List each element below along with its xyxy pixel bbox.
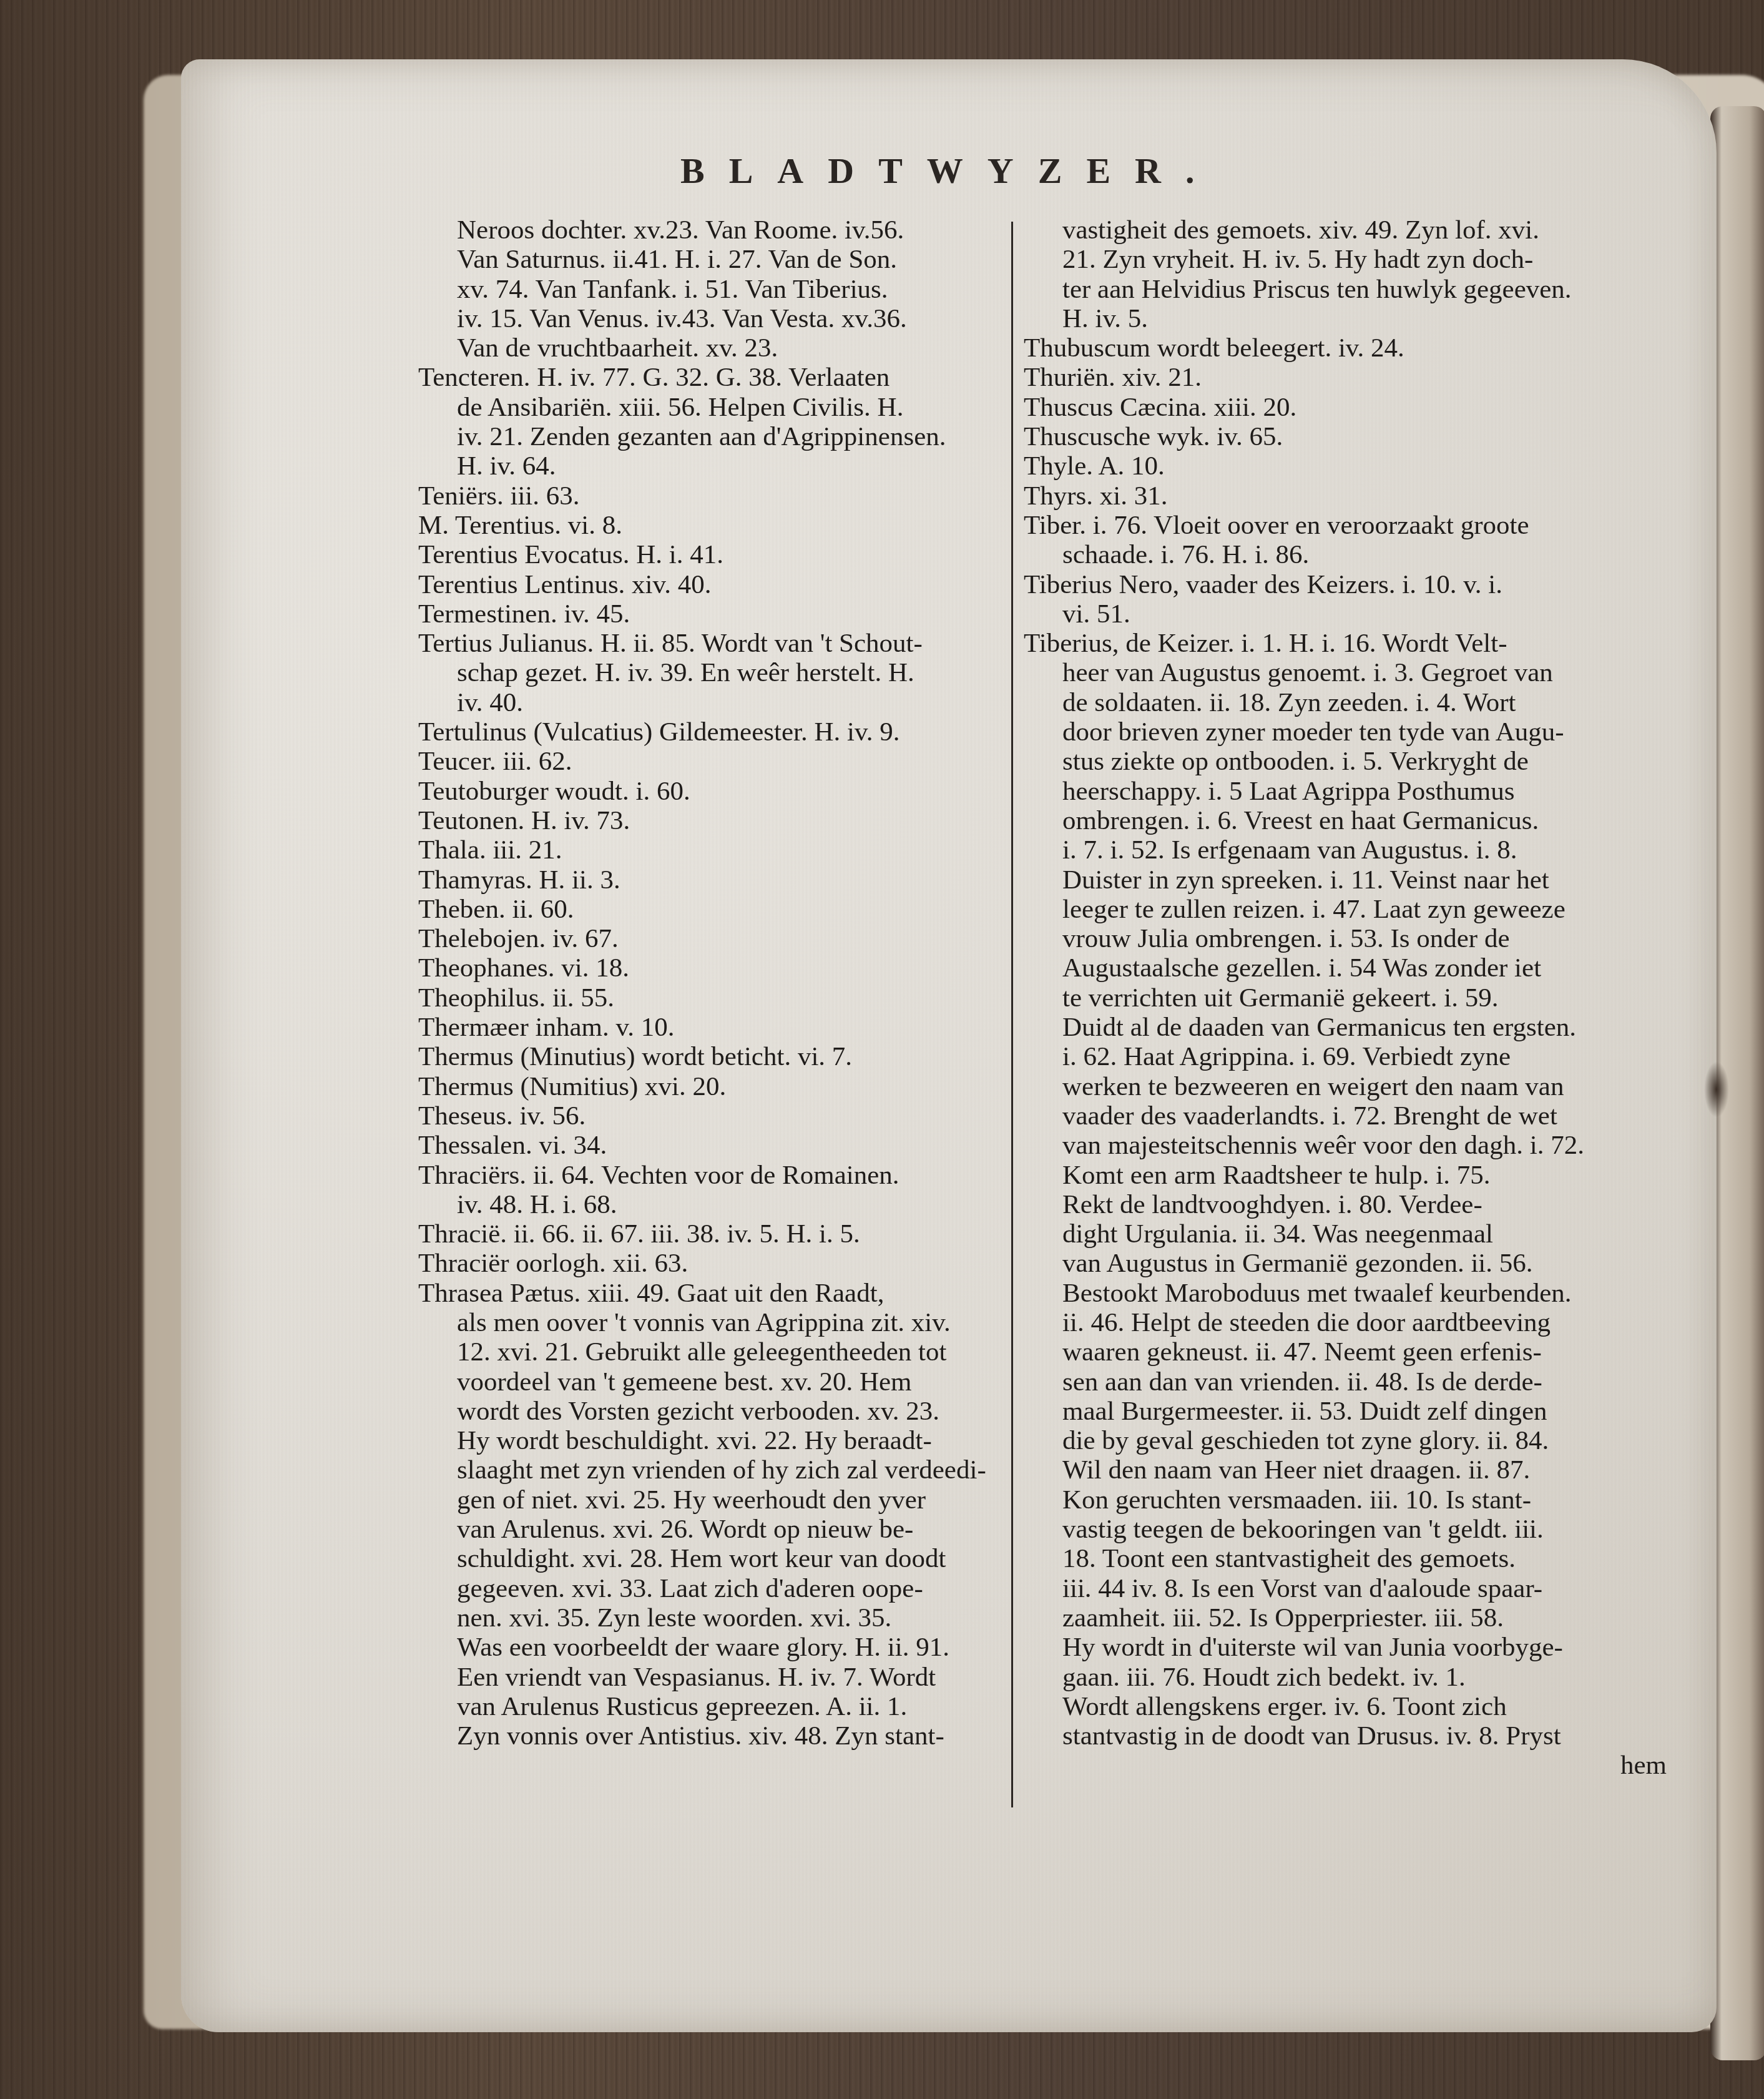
index-entry: Thyle. A. 10. xyxy=(1024,451,1667,481)
index-entry-continuation: Neroos dochter. xv.23. Van Roome. iv.56. xyxy=(418,215,1011,245)
index-entry-continuation: Van de vruchtbaarheit. xv. 23. xyxy=(418,333,1011,363)
index-entry-continuation: vrouw Julia ombrengen. i. 53. Is onder d… xyxy=(1024,924,1667,953)
index-entry-continuation: iv. 15. Van Venus. iv.43. Van Vesta. xv.… xyxy=(418,304,1011,333)
index-entry-continuation: die by geval geschieden tot zyne glory. … xyxy=(1024,1426,1667,1455)
index-entry: Theseus. iv. 56. xyxy=(418,1101,1011,1131)
index-entry-continuation: schaade. i. 76. H. i. 86. xyxy=(1024,540,1667,569)
index-entry-continuation: heer van Augustus genoemt. i. 3. Gegroet… xyxy=(1024,658,1667,687)
column-divider xyxy=(1011,222,1013,1807)
index-entry-continuation: Kon geruchten versmaaden. iii. 10. Is st… xyxy=(1024,1485,1667,1515)
index-entry-continuation: vastig teegen de bekooringen van 't geld… xyxy=(1024,1515,1667,1544)
index-entry: Tiber. i. 76. Vloeit oover en veroorzaak… xyxy=(1024,511,1667,540)
index-entry: Thelebojen. iv. 67. xyxy=(418,924,1011,953)
index-entry: Thermus (Numitius) xvi. 20. xyxy=(418,1072,1011,1101)
index-entry-continuation: H. iv. 64. xyxy=(418,451,1011,481)
index-column-left: Neroos dochter. xv.23. Van Roome. iv.56.… xyxy=(418,215,1011,1751)
index-entry: Thermus (Minutius) wordt beticht. vi. 7. xyxy=(418,1042,1011,1071)
index-entry-continuation: heerschappy. i. 5 Laat Agrippa Posthumus xyxy=(1024,777,1667,806)
index-entry: Thala. iii. 21. xyxy=(418,835,1011,865)
index-entry-continuation: de Ansibariën. xiii. 56. Helpen Civilis.… xyxy=(418,393,1011,422)
index-entry-continuation: vaader des vaaderlandts. i. 72. Brenght … xyxy=(1024,1101,1667,1131)
index-column-right: vastigheit des gemoets. xiv. 49. Zyn lof… xyxy=(1024,215,1667,1781)
index-entry-continuation: Zyn vonnis over Antistius. xiv. 48. Zyn … xyxy=(418,1721,1011,1751)
index-entry: Thuscusche wyk. iv. 65. xyxy=(1024,422,1667,451)
index-entry: Thermæer inham. v. 10. xyxy=(418,1013,1011,1042)
index-entry-continuation: Wil den naam van Heer niet draagen. ii. … xyxy=(1024,1455,1667,1485)
index-entry-continuation: iv. 48. H. i. 68. xyxy=(418,1190,1011,1219)
index-entry-continuation: door brieven zyner moeder ten tyde van A… xyxy=(1024,717,1667,747)
index-entry: Theophanes. vi. 18. xyxy=(418,953,1011,983)
index-entry-continuation: nen. xvi. 35. Zyn leste woorden. xvi. 35… xyxy=(418,1603,1011,1633)
index-entry-continuation: Wordt allengskens erger. iv. 6. Toont zi… xyxy=(1024,1692,1667,1721)
index-entry: Thraciërs. ii. 64. Vechten voor de Romai… xyxy=(418,1161,1011,1190)
index-entry-continuation: stantvastig in de doodt van Drusus. iv. … xyxy=(1024,1721,1667,1751)
index-entry-continuation: vastigheit des gemoets. xiv. 49. Zyn lof… xyxy=(1024,215,1667,245)
index-entry-continuation: de soldaaten. ii. 18. Zyn zeeden. i. 4. … xyxy=(1024,688,1667,717)
index-entry: Teutonen. H. iv. 73. xyxy=(418,806,1011,835)
index-entry-continuation: 18. Toont een stantvastigheit des gemoet… xyxy=(1024,1544,1667,1573)
catchword: hem xyxy=(1024,1751,1667,1780)
index-entry: Tencteren. H. iv. 77. G. 32. G. 38. Verl… xyxy=(418,363,1011,392)
index-entry: Teucer. iii. 62. xyxy=(418,747,1011,776)
index-entry-continuation: ii. 46. Helpt de steeden die door aardtb… xyxy=(1024,1308,1667,1337)
index-entry-continuation: sen aan dan van vrienden. ii. 48. Is de … xyxy=(1024,1367,1667,1397)
index-entry: Thraciër oorlogh. xii. 63. xyxy=(418,1249,1011,1278)
index-entry: Tiberius Nero, vaader des Keizers. i. 10… xyxy=(1024,570,1667,599)
index-entry-continuation: Van Saturnus. ii.41. H. i. 27. Van de So… xyxy=(418,245,1011,274)
index-entry: Theophilus. ii. 55. xyxy=(418,983,1011,1013)
index-entry: M. Terentius. vi. 8. xyxy=(418,511,1011,540)
index-entry: Tertulinus (Vulcatius) Gildemeester. H. … xyxy=(418,717,1011,747)
index-entry-continuation: te verrichten uit Germanië gekeert. i. 5… xyxy=(1024,983,1667,1013)
index-entry-continuation: 21. Zyn vryheit. H. iv. 5. Hy hadt zyn d… xyxy=(1024,245,1667,274)
index-entry: Thuscus Cæcina. xiii. 20. xyxy=(1024,393,1667,422)
index-entry-continuation: gaan. iii. 76. Houdt zich bedekt. iv. 1. xyxy=(1024,1663,1667,1692)
index-entry-continuation: werken te bezweeren en weigert den naam … xyxy=(1024,1072,1667,1101)
index-entry-continuation: zaamheit. iii. 52. Is Opperpriester. iii… xyxy=(1024,1603,1667,1633)
index-entry-continuation: als men oover 't vonnis van Agrippina zi… xyxy=(418,1308,1011,1337)
index-entry-continuation: Bestookt Maroboduus met twaalef keurbend… xyxy=(1024,1279,1667,1308)
index-entry: Teutoburger woudt. i. 60. xyxy=(418,777,1011,806)
index-entry-continuation: vi. 51. xyxy=(1024,599,1667,629)
index-entry-continuation: 12. xvi. 21. Gebruikt alle geleegentheed… xyxy=(418,1337,1011,1367)
index-entry-continuation: ter aan Helvidius Priscus ten huwlyk geg… xyxy=(1024,275,1667,304)
index-entry-continuation: iv. 40. xyxy=(418,688,1011,717)
index-entry-continuation: van Arulenus. xvi. 26. Wordt op nieuw be… xyxy=(418,1515,1011,1544)
index-entry-continuation: dight Urgulania. ii. 34. Was neegenmaal xyxy=(1024,1219,1667,1249)
index-entry-continuation: schuldight. xvi. 28. Hem wort keur van d… xyxy=(418,1544,1011,1573)
index-entry: Thessalen. vi. 34. xyxy=(418,1131,1011,1160)
index-entry-continuation: voordeel van 't gemeene best. xv. 20. He… xyxy=(418,1367,1011,1397)
index-entry: Thubuscum wordt beleegert. iv. 24. xyxy=(1024,333,1667,363)
index-entry-continuation: Duister in zyn spreeken. i. 11. Veinst n… xyxy=(1024,865,1667,895)
index-entry-continuation: iii. 44 iv. 8. Is een Vorst van d'aaloud… xyxy=(1024,1574,1667,1603)
index-entry-continuation: van Arulenus Rusticus gepreezen. A. ii. … xyxy=(418,1692,1011,1721)
index-entry-continuation: Augustaalsche gezellen. i. 54 Was zonder… xyxy=(1024,953,1667,983)
index-entry-continuation: H. iv. 5. xyxy=(1024,304,1667,333)
index-entry-continuation: stus ziekte op ontbooden. i. 5. Verkrygh… xyxy=(1024,747,1667,776)
index-entry: Thamyras. H. ii. 3. xyxy=(418,865,1011,895)
index-entry: Thrasea Pætus. xiii. 49. Gaat uit den Ra… xyxy=(418,1279,1011,1308)
index-entry-continuation: xv. 74. Van Tanfank. i. 51. Van Tiberius… xyxy=(418,275,1011,304)
index-entry-continuation: leeger te zullen reizen. i. 47. Laat zyn… xyxy=(1024,895,1667,924)
index-entry-continuation: gen of niet. xvi. 25. Hy weerhoudt den y… xyxy=(418,1485,1011,1515)
index-entry-continuation: Duidt al de daaden van Germanicus ten er… xyxy=(1024,1013,1667,1042)
index-entry: Thuriën. xiv. 21. xyxy=(1024,363,1667,392)
index-entry-continuation: Rekt de landtvooghdyen. i. 80. Verdee- xyxy=(1024,1190,1667,1219)
index-entry-continuation: waaren gekneust. ii. 47. Neemt geen erfe… xyxy=(1024,1337,1667,1367)
page-header: BLADTWYZER. xyxy=(680,150,1218,192)
index-entry-continuation: ombrengen. i. 6. Vreest en haat Germanic… xyxy=(1024,806,1667,835)
index-entry-continuation: Hy wordt in d'uiterste wil van Junia voo… xyxy=(1024,1633,1667,1662)
index-entry-continuation: van majesteitschennis weêr voor den dagh… xyxy=(1024,1131,1667,1160)
index-entry-continuation: maal Burgermeester. ii. 53. Duidt zelf d… xyxy=(1024,1397,1667,1426)
index-entry-continuation: schap gezet. H. iv. 39. En weêr herstelt… xyxy=(418,658,1011,687)
index-entry-continuation: gegeeven. xvi. 33. Laat zich d'aderen oo… xyxy=(418,1574,1011,1603)
index-entry-continuation: wordt des Vorsten gezicht verbooden. xv.… xyxy=(418,1397,1011,1426)
index-entry: Termestinen. iv. 45. xyxy=(418,599,1011,629)
index-entry: Thyrs. xi. 31. xyxy=(1024,481,1667,511)
index-entry-continuation: slaaght met zyn vrienden of hy zich zal … xyxy=(418,1455,1011,1485)
index-entry-continuation: iv. 21. Zenden gezanten aan d'Agrippinen… xyxy=(418,422,1011,451)
index-entry-continuation: Hy wordt beschuldight. xvi. 22. Hy beraa… xyxy=(418,1426,1011,1455)
index-entry: Tiberius, de Keizer. i. 1. H. i. 16. Wor… xyxy=(1024,629,1667,658)
index-entry: Teniërs. iii. 63. xyxy=(418,481,1011,511)
index-entry: Theben. ii. 60. xyxy=(418,895,1011,924)
page-stain xyxy=(1704,1061,1729,1118)
index-entry: Thracië. ii. 66. ii. 67. iii. 38. iv. 5.… xyxy=(418,1219,1011,1249)
index-entry-continuation: i. 7. i. 52. Is erfgenaam van Augustus. … xyxy=(1024,835,1667,865)
index-entry-continuation: i. 62. Haat Agrippina. i. 69. Verbiedt z… xyxy=(1024,1042,1667,1071)
index-entry: Tertius Julianus. H. ii. 85. Wordt van '… xyxy=(418,629,1011,658)
index-entry: Terentius Evocatus. H. i. 41. xyxy=(418,540,1011,569)
index-entry: Terentius Lentinus. xiv. 40. xyxy=(418,570,1011,599)
index-entry-continuation: Komt een arm Raadtsheer te hulp. i. 75. xyxy=(1024,1161,1667,1190)
index-entry-continuation: Was een voorbeeldt der waare glory. H. i… xyxy=(418,1633,1011,1662)
index-entry-continuation: Een vriendt van Vespasianus. H. iv. 7. W… xyxy=(418,1663,1011,1692)
index-entry-continuation: van Augustus in Germanië gezonden. ii. 5… xyxy=(1024,1249,1667,1278)
